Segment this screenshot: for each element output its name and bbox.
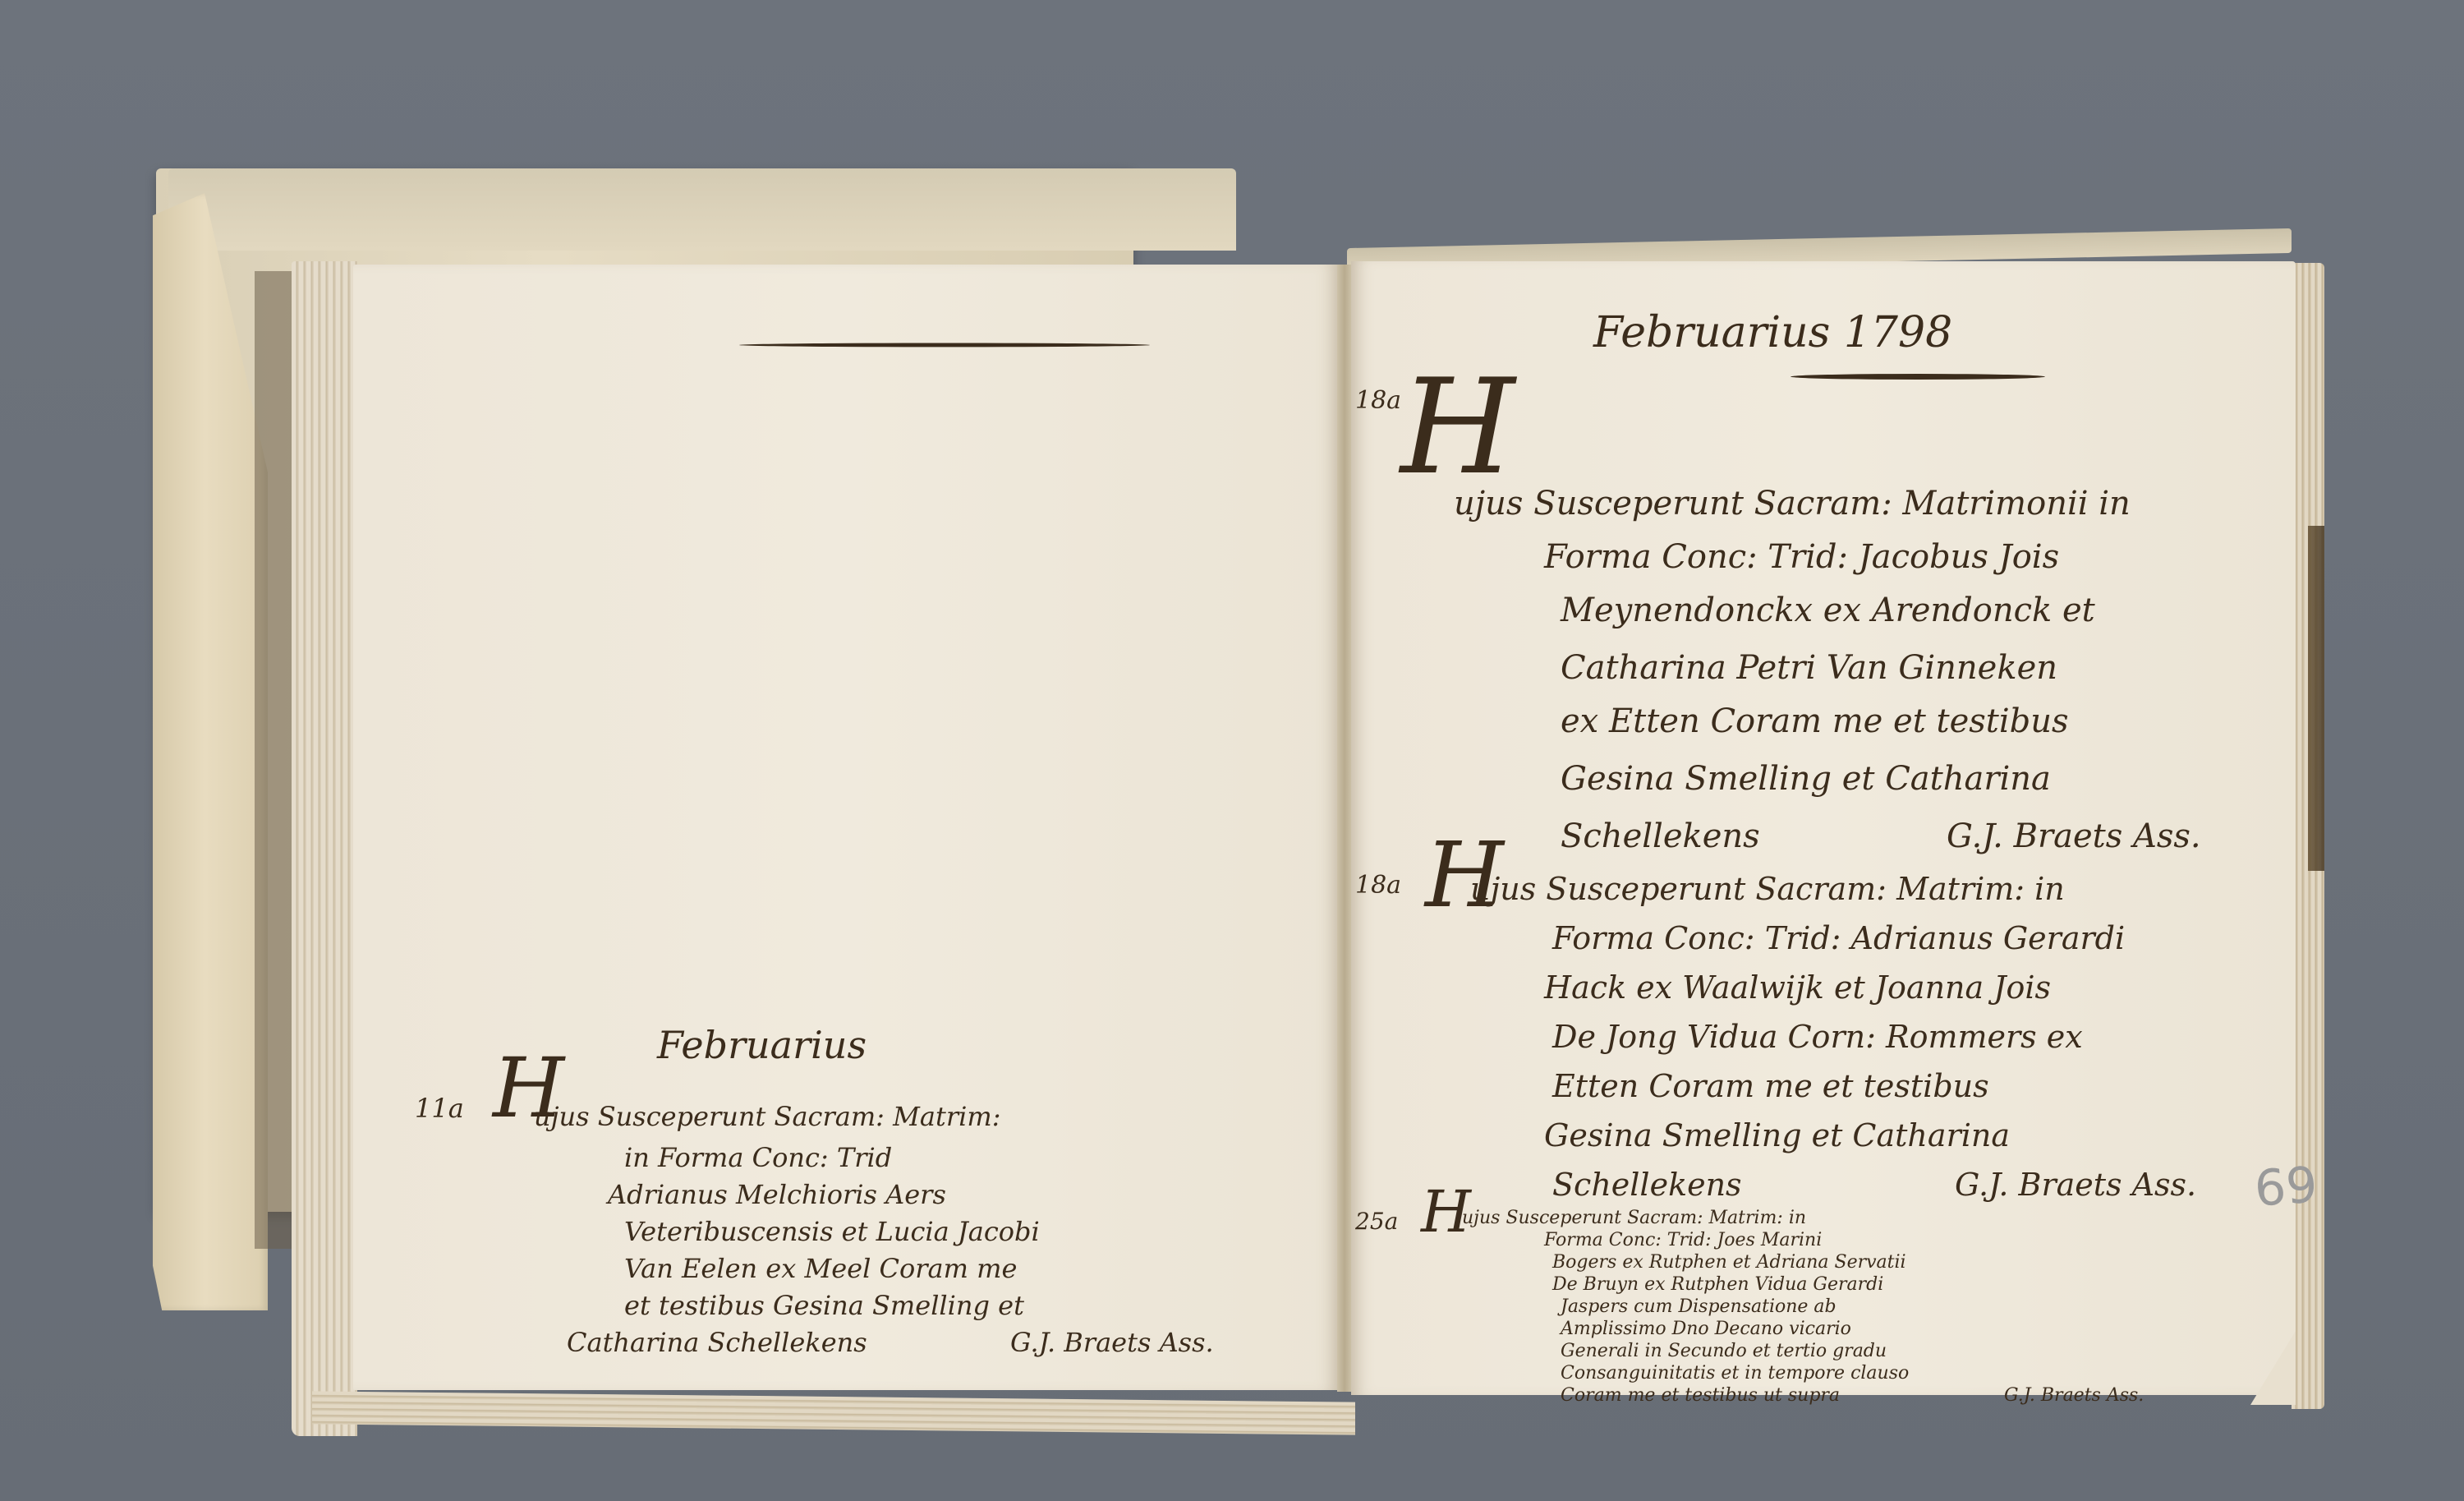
entry-line: Hack ex Waalwijk et Joanna Jois [1544, 969, 2051, 1006]
entry-day: 25a [1355, 1208, 1398, 1235]
entry-line: ex Etten Coram me et testibus [1561, 702, 2069, 740]
entry-line: Van Eelen ex Meel Coram me [624, 1253, 1017, 1284]
entry-line: ujus Susceperunt Sacram: Matrimonii in [1454, 485, 2131, 523]
entry-line: ujus Susceperunt Sacram: Matrim: in [1470, 871, 2065, 907]
entry-line: Forma Conc: Trid: Joes Marini [1544, 1230, 1822, 1250]
entry-line: Veteribuscensis et Lucia Jacobi [624, 1216, 1040, 1247]
entry-line: Jaspers cum Dispensatione ab [1561, 1296, 1837, 1317]
entry-day: 18a [1355, 386, 1401, 415]
entry-line: Forma Conc: Trid: Jacobus Jois [1544, 538, 2059, 576]
entry-line: Forma Conc: Trid: Adrianus Gerardi [1552, 920, 2125, 956]
priest-signature: G.J. Braets Ass. [1955, 1167, 2196, 1203]
right-page-heading: Februarius 1798 [1593, 308, 1952, 357]
entry-line: Adrianus Melchioris Aers [608, 1179, 946, 1210]
entry-line: Meynendonckx ex Arendonck et [1561, 592, 2095, 629]
entry-line: Consanguinitatis et in tempore clauso [1561, 1363, 1909, 1384]
priest-signature: G.J. Braets Ass. [2004, 1385, 2144, 1406]
entry-line: Etten Coram me et testibus [1552, 1068, 1989, 1104]
entry-line: De Jong Vidua Corn: Rommers ex [1552, 1019, 2083, 1055]
entry-line: Schellekens [1561, 817, 1760, 855]
entry-line: Coram me et testibus ut supra [1561, 1385, 1840, 1406]
entry-line: Catharina Petri Van Ginneken [1561, 649, 2057, 687]
entry-line: Gesina Smelling et Catharina [1544, 1117, 2010, 1153]
entry-line: ujus Susceperunt Sacram: Matrim: [534, 1101, 1000, 1132]
entry-line: Gesina Smelling et Catharina [1561, 760, 2051, 798]
heading-flourish [1791, 374, 2045, 380]
priest-signature: G.J. Braets Ass. [1947, 817, 2201, 855]
entry-line: Generali in Secundo et tertio gradu [1561, 1341, 1887, 1361]
entry-line: De Bruyn ex Rutphen Vidua Gerardi [1552, 1274, 1883, 1295]
entry-line: ujus Susceperunt Sacram: Matrim: in [1462, 1208, 1806, 1228]
entry-line: et testibus Gesina Smelling et [624, 1290, 1024, 1321]
folio-number: 69 [2253, 1156, 2319, 1218]
entry-line: in Forma Conc: Trid [624, 1142, 892, 1173]
entry-line: Catharina Schellekens [567, 1327, 867, 1358]
entry-day: 11a [415, 1093, 464, 1124]
manuscript-text-lower: Februarius11aHujus Susceperunt Sacram: M… [0, 0, 2464, 1501]
entry-initial: H [1400, 361, 1515, 493]
entry-day: 18a [1355, 871, 1401, 900]
entry-line: Bogers ex Rutphen et Adriana Servatii [1552, 1252, 1906, 1273]
entry-line: Schellekens [1552, 1167, 1742, 1203]
month-subheading: Februarius [657, 1023, 867, 1067]
priest-signature: G.J. Braets Ass. [1010, 1327, 1214, 1358]
entry-line: Amplissimo Dno Decano vicario [1561, 1319, 1851, 1339]
